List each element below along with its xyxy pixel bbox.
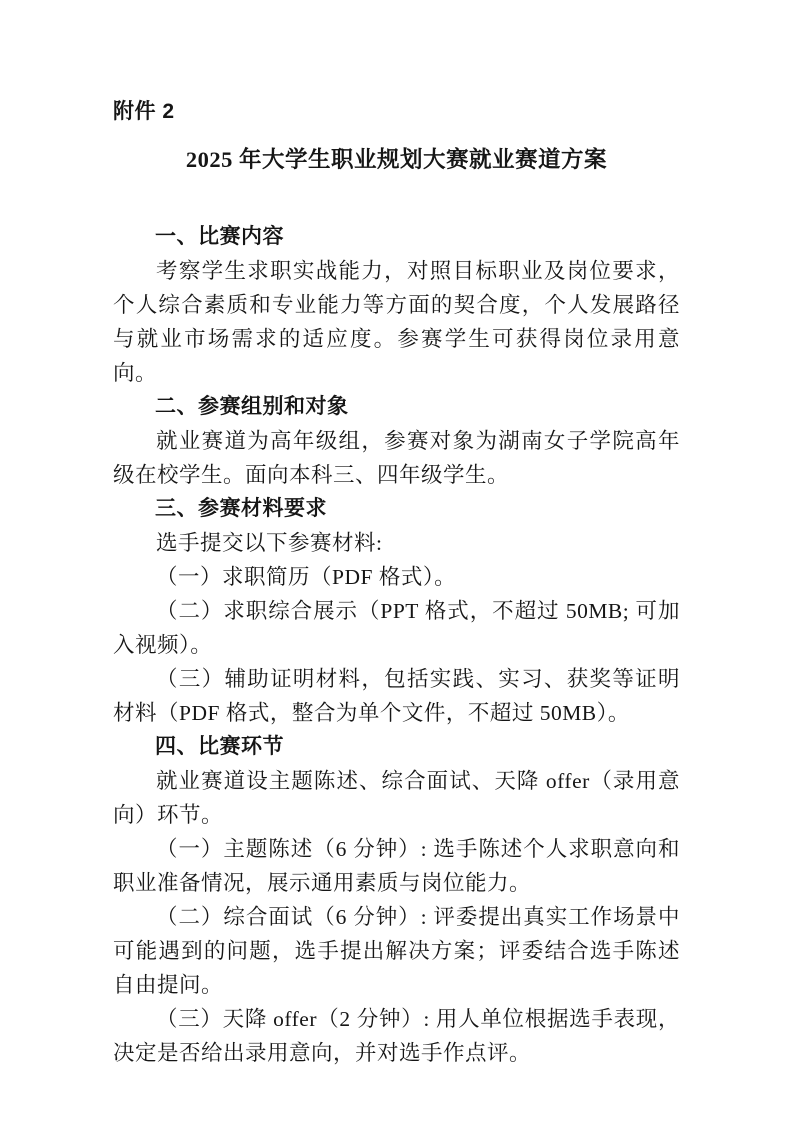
section-competition-content: 一、比赛内容 考察学生求职实战能力，对照目标职业及岗位要求，个人综合素质和专业能… bbox=[113, 220, 680, 390]
section-heading-1: 一、比赛内容 bbox=[113, 220, 680, 254]
paragraph: 就业赛道设主题陈述、综合面试、天降 offer（录用意向）环节。 bbox=[113, 764, 680, 832]
section-groups-and-participants: 二、参赛组别和对象 就业赛道为高年级组，参赛对象为湖南女子学院高年级在校学生。面… bbox=[113, 390, 680, 492]
section-heading-2: 二、参赛组别和对象 bbox=[113, 390, 680, 424]
paragraph: 就业赛道为高年级组，参赛对象为湖南女子学院高年级在校学生。面向本科三、四年级学生… bbox=[113, 424, 680, 492]
document-title: 2025 年大学生职业规划大赛就业赛道方案 bbox=[113, 146, 680, 174]
section-heading-4: 四、比赛环节 bbox=[113, 730, 680, 764]
section-material-requirements: 三、参赛材料要求 选手提交以下参赛材料: （一）求职简历（PDF 格式）。 （二… bbox=[113, 492, 680, 730]
paragraph: （一）主题陈述（6 分钟）: 选手陈述个人求职意向和职业准备情况，展示通用素质与… bbox=[113, 832, 680, 900]
attachment-label: 附件 2 bbox=[113, 0, 680, 124]
paragraph: （一）求职简历（PDF 格式）。 bbox=[113, 560, 680, 594]
section-heading-3: 三、参赛材料要求 bbox=[113, 492, 680, 526]
document-page: 附件 2 2025 年大学生职业规划大赛就业赛道方案 一、比赛内容 考察学生求职… bbox=[0, 0, 793, 1122]
paragraph: （三）辅助证明材料，包括实践、实习、获奖等证明材料（PDF 格式，整合为单个文件… bbox=[113, 662, 680, 730]
paragraph: （三）天降 offer（2 分钟）: 用人单位根据选手表现，决定是否给出录用意向… bbox=[113, 1002, 680, 1070]
paragraph: 选手提交以下参赛材料: bbox=[113, 526, 680, 560]
paragraph: 考察学生求职实战能力，对照目标职业及岗位要求，个人综合素质和专业能力等方面的契合… bbox=[113, 254, 680, 390]
paragraph: （二）求职综合展示（PPT 格式，不超过 50MB; 可加入视频）。 bbox=[113, 594, 680, 662]
section-competition-stages: 四、比赛环节 就业赛道设主题陈述、综合面试、天降 offer（录用意向）环节。 … bbox=[113, 730, 680, 1070]
document-body: 一、比赛内容 考察学生求职实战能力，对照目标职业及岗位要求，个人综合素质和专业能… bbox=[113, 220, 680, 1070]
paragraph: （二）综合面试（6 分钟）: 评委提出真实工作场景中可能遇到的问题，选手提出解决… bbox=[113, 900, 680, 1002]
